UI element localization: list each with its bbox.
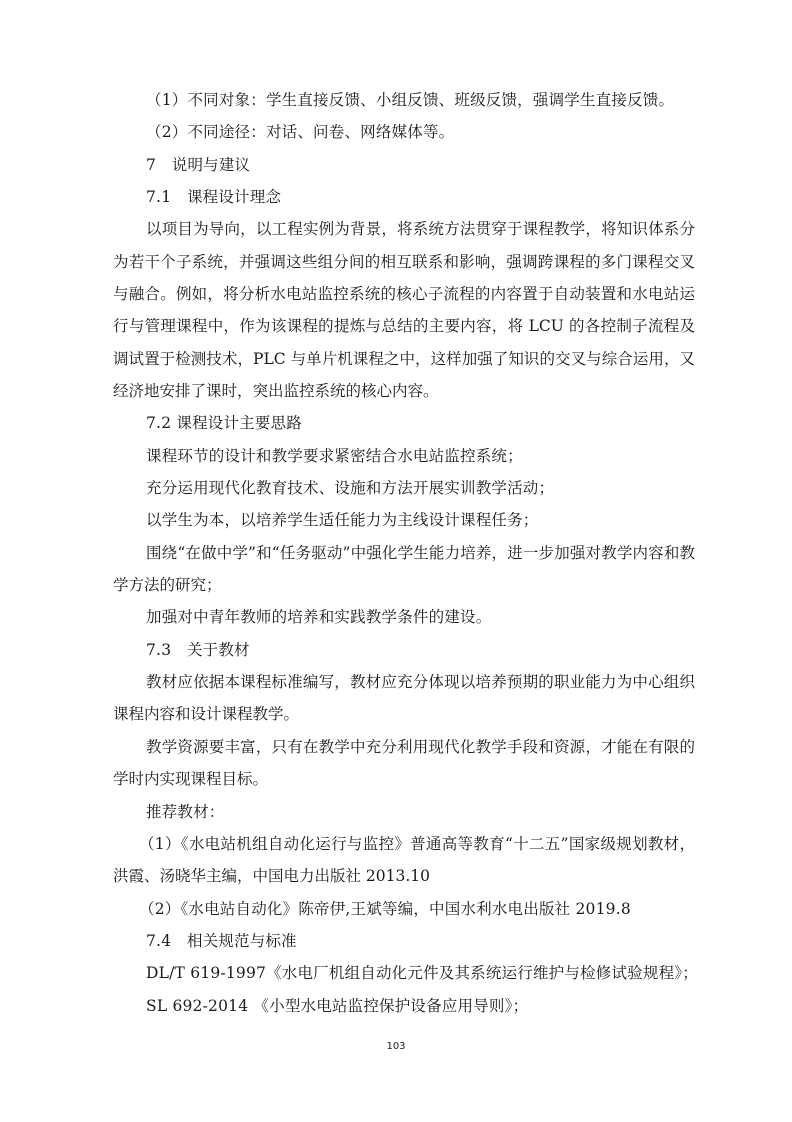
document-page: （1）不同对象：学生直接反馈、小组反馈、班级反馈，强调学生直接反馈。 （2）不同… (113, 84, 695, 1022)
design-idea-item-3: 以学生为本，以培养学生适任能力为主线设计课程任务； (113, 504, 695, 536)
standard-item-2: SL 692-2014 《小型水电站监控保护设备应用导则》； (113, 990, 695, 1022)
section-7-1-paragraph: 以项目为导向，以工程实例为背景，将系统方法贯穿于课程教学，将知识体系分为若干个子… (113, 213, 695, 407)
textbook-reference-1: （1）《水电站机组自动化运行与监控》普通高等教育“十二五”国家级规划教材，洪霞、… (113, 828, 695, 893)
design-idea-item-5: 加强对中青年教师的培养和实践教学条件的建设。 (113, 601, 695, 633)
design-idea-item-4: 围绕“在做中学”和“任务驱动”中强化学生能力培养，进一步加强对教学内容和教学方法… (113, 537, 695, 602)
design-idea-item-2: 充分运用现代化教育技术、设施和方法开展实训教学活动； (113, 472, 695, 504)
feedback-channel-line: （2）不同途径：对话、问卷、网络媒体等。 (113, 116, 695, 148)
textbook-paragraph-1: 教材应依据本课程标准编写，教材应充分体现以培养预期的职业能力为中心组织课程内容和… (113, 666, 695, 731)
feedback-object-line: （1）不同对象：学生直接反馈、小组反馈、班级反馈，强调学生直接反馈。 (113, 84, 695, 116)
standard-item-1: DL/T 619-1997《水电厂机组自动化元件及其系统运行维护与检修试验规程》… (113, 957, 695, 989)
recommended-textbooks-label: 推荐教材： (113, 796, 695, 828)
section-7-heading: 7 说明与建议 (113, 149, 695, 181)
page-number: 103 (0, 1041, 792, 1052)
section-7-2-heading: 7.2 课程设计主要思路 (113, 407, 695, 439)
section-7-1-heading: 7.1 课程设计理念 (113, 181, 695, 213)
design-idea-item-1: 课程环节的设计和教学要求紧密结合水电站监控系统； (113, 440, 695, 472)
section-7-4-heading: 7.4 相关规范与标准 (113, 925, 695, 957)
section-7-3-heading: 7.3 关于教材 (113, 634, 695, 666)
textbook-paragraph-2: 教学资源要丰富，只有在教学中充分利用现代化教学手段和资源，才能在有限的学时内实现… (113, 731, 695, 796)
textbook-reference-2: （2）《水电站自动化》陈帝伊,王斌等编，中国水利水电出版社 2019.8 (113, 893, 695, 925)
